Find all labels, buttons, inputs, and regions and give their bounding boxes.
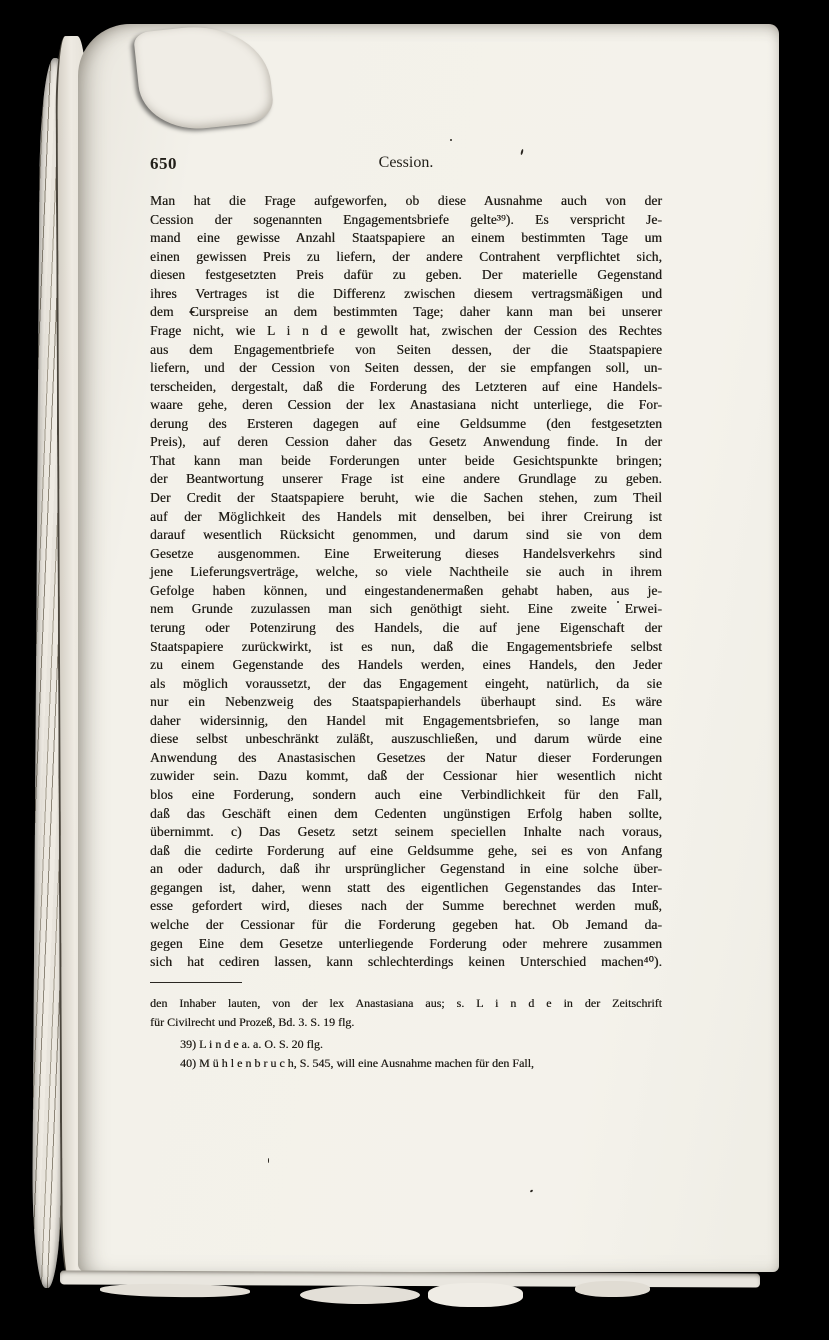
running-title: Cession.: [150, 154, 662, 172]
body-text-line: auf der Möglichkeit des Handels mit dens…: [150, 508, 662, 527]
body-text-line: welche der Cessionar für die Forderung g…: [150, 916, 662, 935]
body-text-line: übernimmt. c) Das Gesetz setzt seinem sp…: [150, 823, 662, 842]
printed-content: 650 Cession. Man hat die Frage aufgeworf…: [150, 154, 662, 1074]
body-text-line: jene Lieferungsverträge, welche, so viel…: [150, 563, 662, 582]
body-text-line: dem Curspreise an dem bestimmten Tage; d…: [150, 303, 662, 322]
body-text-line: Staatspapiere zurückwirkt, ist es nun, d…: [150, 638, 662, 657]
body-text-line: Preis), auf deren Cession daher das Gese…: [150, 433, 662, 452]
body-text-line: diese selbst unbeschränkt zuläßt, auszus…: [150, 730, 662, 749]
body-text-line: Cession der sogenannten Engagementsbrief…: [150, 211, 662, 230]
footnote-line: 40) M ü h l e n b r u c h, S. 545, will …: [150, 1054, 662, 1074]
torn-bottom-fragment: [300, 1286, 420, 1304]
body-text-line: einen gewissen Preis zu liefern, der and…: [150, 248, 662, 267]
body-text: Man hat die Frage aufgeworfen, ob diese …: [150, 192, 662, 972]
body-text-line: darauf wesentlich Rücksicht genommen, un…: [150, 526, 662, 545]
body-text-line: nur ein Nebenzweig des Staatspapierhande…: [150, 693, 662, 712]
body-text-line: Frage nicht, wie L i n d e gewollt hat, …: [150, 322, 662, 341]
page-header: 650 Cession.: [150, 154, 662, 176]
body-text-line: Man hat die Frage aufgeworfen, ob diese …: [150, 192, 662, 211]
body-text-line: zu einem Gegenstande des Handels werden,…: [150, 656, 662, 675]
body-text-line: aus dem Engagementbriefe von Seiten dess…: [150, 341, 662, 360]
torn-bottom-fragment: [428, 1283, 523, 1307]
body-text-line: ihres Vertrages ist die Differenz zwisch…: [150, 285, 662, 304]
torn-bottom-fragment: [575, 1281, 650, 1297]
body-text-line: sich hat cediren lassen, kann schlechter…: [150, 953, 662, 972]
body-text-line: terung oder Potenzirung des Handels, die…: [150, 619, 662, 638]
body-text-line: That kann man beide Forderungen unter be…: [150, 452, 662, 471]
body-text-line: gegen Eine dem Gesetze unterliegende For…: [150, 935, 662, 954]
footnotes: den Inhaber lauten, von der lex Anastasi…: [150, 994, 662, 1074]
body-text-line: der Beantwortung unserer Frage ist eine …: [150, 470, 662, 489]
footnote-line: für Civilrecht und Prozeß, Bd. 3. S. 19 …: [150, 1013, 662, 1033]
body-text-line: waare gehe, deren Cession der lex Anasta…: [150, 396, 662, 415]
body-text-line: esse gefordert wird, dieses nach der Sum…: [150, 897, 662, 916]
body-text-line: terscheiden, dergestalt, daß die Forderu…: [150, 378, 662, 397]
body-text-line: mand eine gewisse Anzahl Staatspapiere a…: [150, 229, 662, 248]
body-text-line: blos eine Forderung, sondern auch eine V…: [150, 786, 662, 805]
body-text-line: zuwider sein. Dazu kommt, daß der Cessio…: [150, 767, 662, 786]
body-text-line: daß das Geschäft einen dem Cedenten ungü…: [150, 805, 662, 824]
body-text-line: derung des Ersteren dagegen auf eine Gel…: [150, 415, 662, 434]
footnote-line: den Inhaber lauten, von der lex Anastasi…: [150, 994, 662, 1014]
body-text-line: Anwendung des Anastasischen Gesetzes der…: [150, 749, 662, 768]
dirt-speck: [450, 139, 452, 141]
footnote-separator: [150, 982, 242, 983]
body-text-line: als möglich voraussetzt, der das Engagem…: [150, 675, 662, 694]
dirt-speck: [268, 1158, 269, 1163]
body-text-line: nem Grunde zuzulassen man sich genöthigt…: [150, 600, 662, 619]
body-text-line: an oder dadurch, daß ihr ursprünglicher …: [150, 860, 662, 879]
footnote-line: 39) L i n d e a. a. O. S. 20 flg.: [150, 1035, 662, 1055]
body-text-line: Gefolge haben können, und eingestandener…: [150, 582, 662, 601]
scanned-book-page: 650 Cession. Man hat die Frage aufgeworf…: [0, 0, 829, 1340]
body-text-line: liefern, und der Cession von Seiten dess…: [150, 359, 662, 378]
body-text-line: daher widersinnig, den Handel mit Engage…: [150, 712, 662, 731]
body-text-line: Der Credit der Staatspapiere beruht, wie…: [150, 489, 662, 508]
body-text-line: daß die cedirte Forderung auf eine Gelds…: [150, 842, 662, 861]
body-text-line: Gesetze ausgenommen. Eine Erweiterung di…: [150, 545, 662, 564]
body-text-line: gegangen ist, daher, wenn statt des eige…: [150, 879, 662, 898]
body-text-line: diesen festgesetzten Preis dafür zu gebe…: [150, 266, 662, 285]
